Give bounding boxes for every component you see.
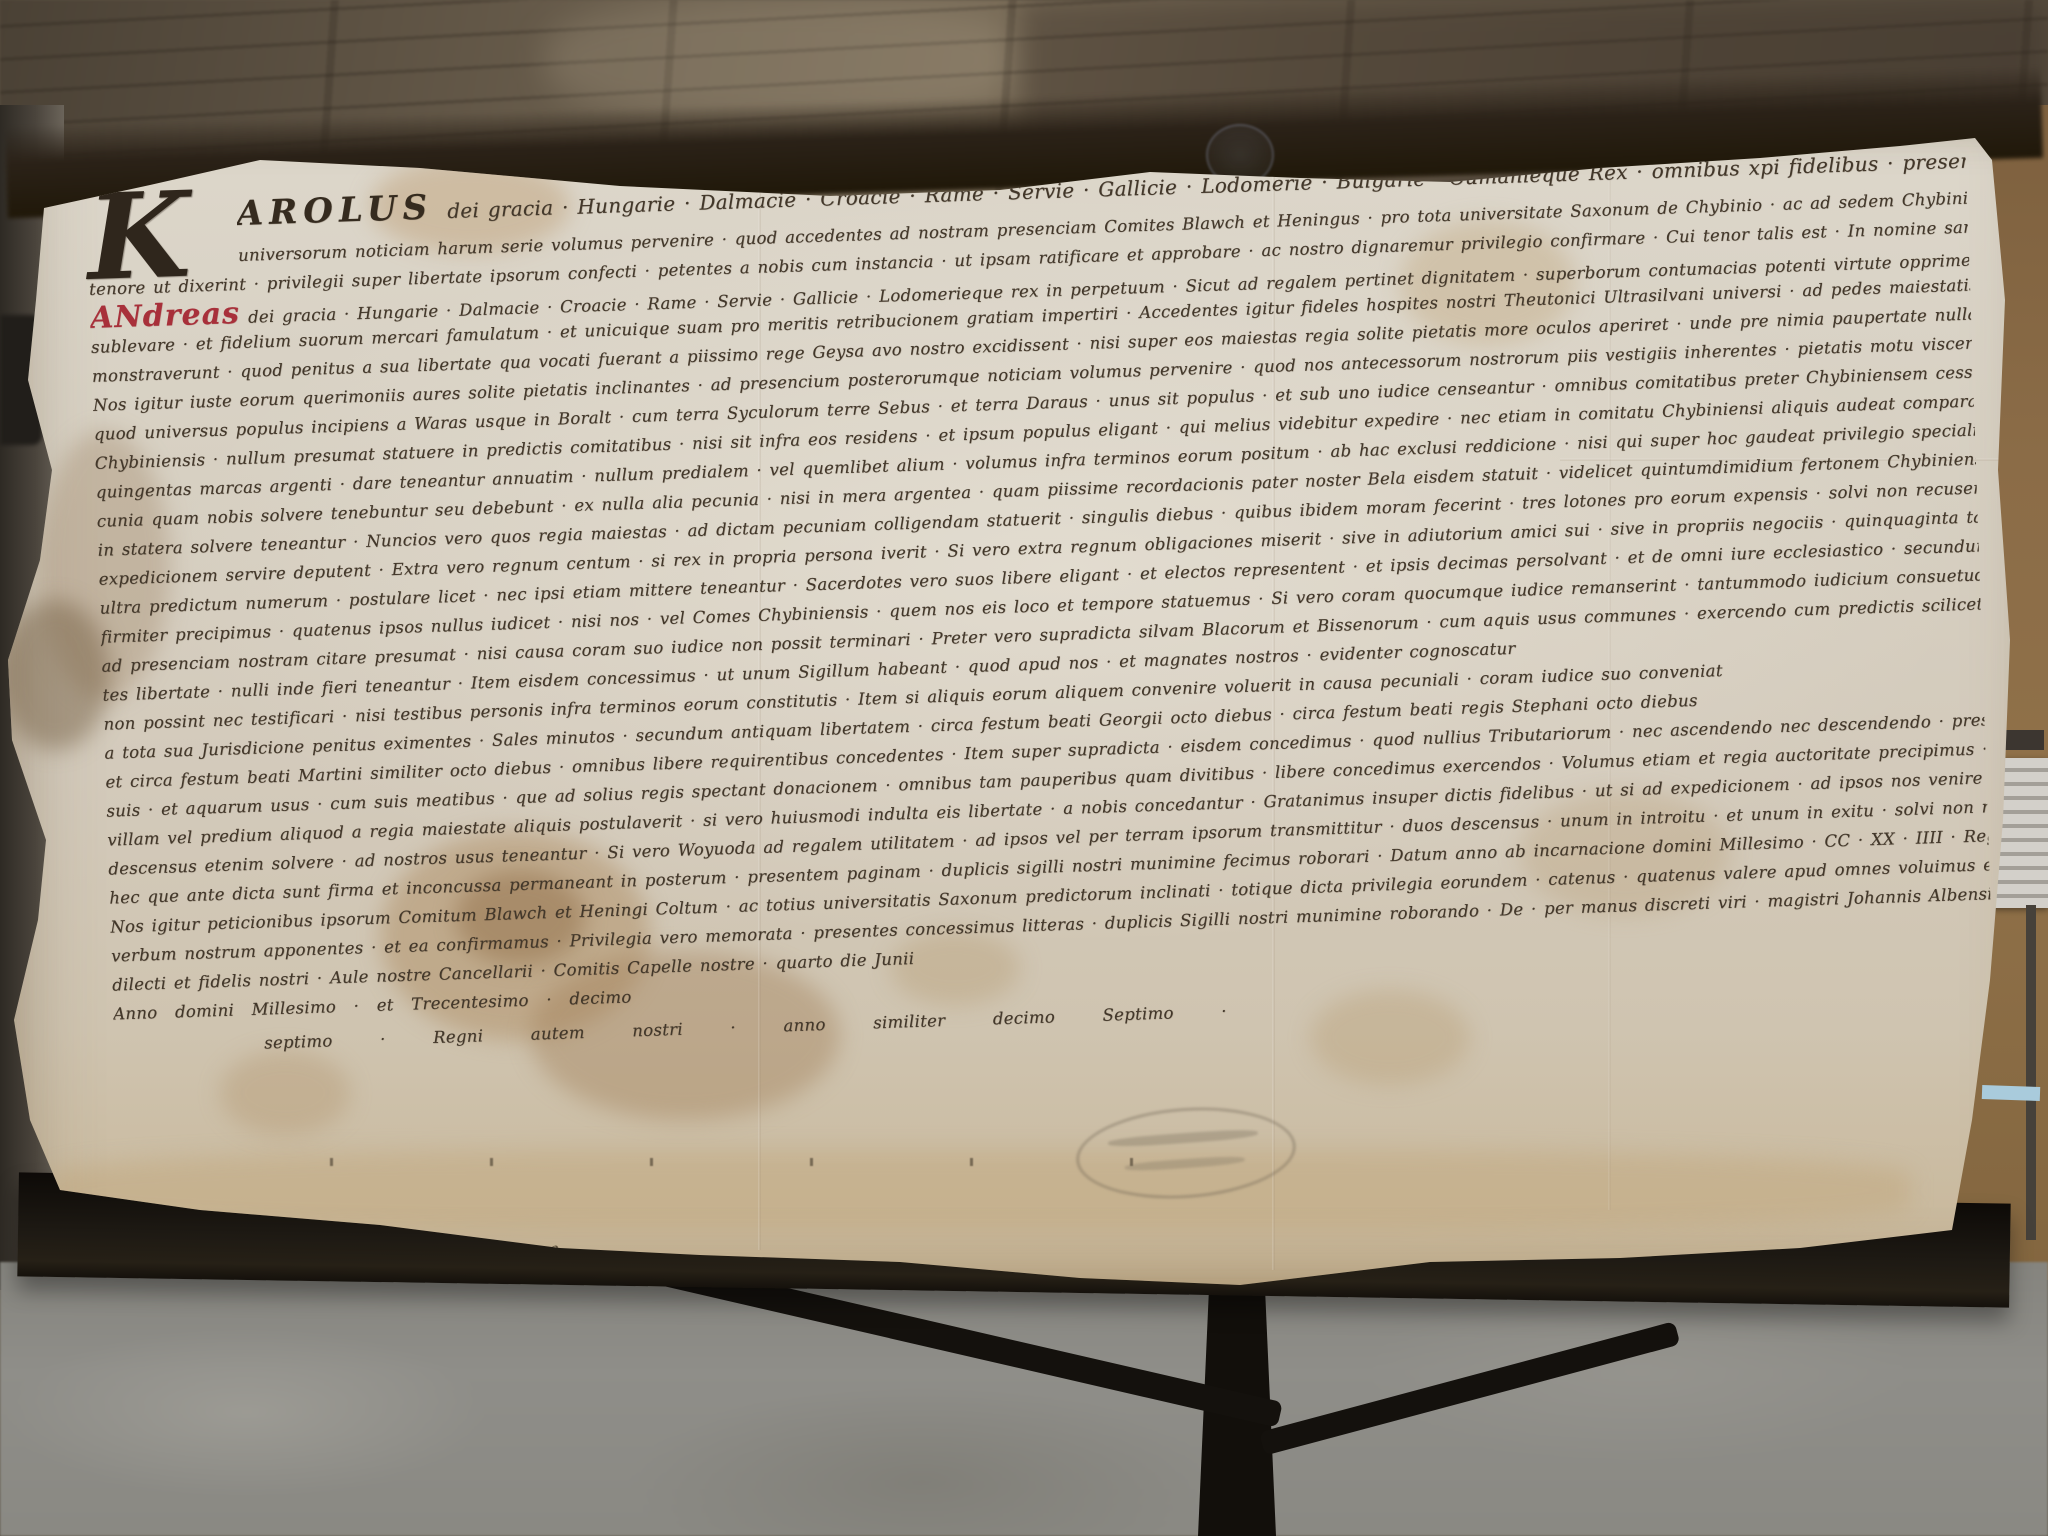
illuminated-initial-K: K: [86, 191, 238, 272]
parchment-charter: K AROLUSdei gracia · Hungarie · Dalmacie…: [0, 110, 2048, 1320]
manuscript-body-lines: sublevare · et fidelium suorum mercari f…: [91, 271, 1992, 1000]
photo-of-parchment-charter: K AROLUSdei gracia · Hungarie · Dalmacie…: [0, 0, 2048, 1536]
stamp-smudge: [1125, 1155, 1245, 1172]
manuscript-text: K AROLUSdei gracia · Hungarie · Dalmacie…: [86, 134, 1994, 1069]
initial-word: AROLUS: [236, 188, 434, 234]
dark-edge-line: [2026, 905, 2036, 1240]
blue-strip: [1982, 1085, 2040, 1101]
stamp-smudge: [1108, 1128, 1258, 1148]
